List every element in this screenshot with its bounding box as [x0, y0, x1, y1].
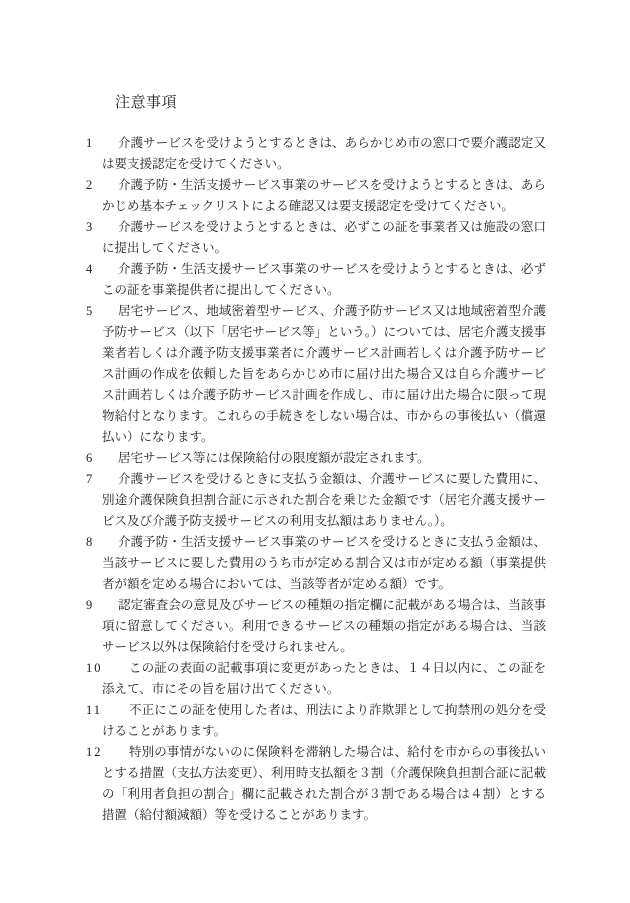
note-item: 7介護サービスを受けるときに支払う金額は、介護サービスに要した費用に、別途介護保… [102, 469, 546, 532]
note-item: 11不正にこの証を使用した者は、刑法により詐欺罪として拘禁刑の処分を受けることが… [102, 700, 546, 742]
note-item-text: 特別の事情がないのに保険料を滞納した場合は、給付を市からの事後払いとする措置（支… [102, 745, 546, 822]
note-item-number: 5 [86, 301, 118, 322]
note-item-text: 介護サービスを受けようとするときは、あらかじめ市の窓口で要介護認定又は要支援認定… [102, 136, 546, 171]
note-item: 3介護サービスを受けようとするときは、必ずこの証を事業者又は施設の窓口に提出して… [102, 217, 546, 259]
note-item-text: 介護サービスを受けようとするときは、必ずこの証を事業者又は施設の窓口に提出してく… [102, 220, 546, 255]
page-title: 注意事項 [115, 95, 177, 112]
note-item: 12特別の事情がないのに保険料を滞納した場合は、給付を市からの事後払いとする措置… [102, 742, 546, 826]
note-item-number: 7 [86, 469, 118, 490]
note-item-number: 8 [86, 532, 118, 553]
notes-list: 1介護サービスを受けようとするときは、あらかじめ市の窓口で要介護認定又は要支援認… [102, 133, 546, 826]
note-item-text: 介護予防・生活支援サービス事業のサービスを受けようとするときは、あらかじめ基本チ… [102, 178, 546, 213]
note-item-number: 12 [86, 742, 129, 763]
note-item: 1介護サービスを受けようとするときは、あらかじめ市の窓口で要介護認定又は要支援認… [102, 133, 546, 175]
note-item: 4介護予防・生活支援サービス事業のサービスを受けようとするときは、必ずこの証を事… [102, 259, 546, 301]
note-item-text: 介護予防・生活支援サービス事業のサービスを受けようとするときは、必ずこの証を事業… [102, 262, 546, 297]
note-item-number: 1 [86, 133, 118, 154]
note-item-text: この証の表面の記載事項に変更があったときは、１４日以内に、この証を添えて、市にそ… [102, 661, 546, 696]
note-item: 10この証の表面の記載事項に変更があったときは、１４日以内に、この証を添えて、市… [102, 658, 546, 700]
note-item-number: 10 [86, 658, 129, 679]
note-item-number: 4 [86, 259, 118, 280]
note-item-number: 9 [86, 595, 118, 616]
note-item-text: 居宅サービス等には保険給付の限度額が設定されます。 [118, 451, 430, 465]
note-item-number: 2 [86, 175, 118, 196]
note-item: 9認定審査会の意見及びサービスの種類の指定欄に記載がある場合は、当該事項に留意し… [102, 595, 546, 658]
note-item-text: 介護サービスを受けるときに支払う金額は、介護サービスに要した費用に、別途介護保険… [102, 472, 546, 528]
note-item: 8介護予防・生活支援サービス事業のサービスを受けるときに支払う金額は、当該サービ… [102, 532, 546, 595]
note-item: 5居宅サービス、地域密着型サービス、介護予防サービス又は地域密着型介護予防サービ… [102, 301, 546, 448]
note-item-number: 3 [86, 217, 118, 238]
note-item-text: 不正にこの証を使用した者は、刑法により詐欺罪として拘禁刑の処分を受けることがあり… [102, 703, 546, 738]
note-item-text: 居宅サービス、地域密着型サービス、介護予防サービス又は地域密着型介護予防サービス… [102, 304, 546, 444]
document-page: 注意事項 1介護サービスを受けようとするときは、あらかじめ市の窓口で要介護認定又… [0, 0, 630, 903]
note-item: 6居宅サービス等には保険給付の限度額が設定されます。 [102, 448, 546, 469]
note-item-text: 介護予防・生活支援サービス事業のサービスを受けるときに支払う金額は、当該サービス… [102, 535, 546, 591]
note-item: 2介護予防・生活支援サービス事業のサービスを受けようとするときは、あらかじめ基本… [102, 175, 546, 217]
note-item-number: 11 [86, 700, 129, 721]
note-item-text: 認定審査会の意見及びサービスの種類の指定欄に記載がある場合は、当該事項に留意して… [102, 598, 546, 654]
note-item-number: 6 [86, 448, 118, 469]
